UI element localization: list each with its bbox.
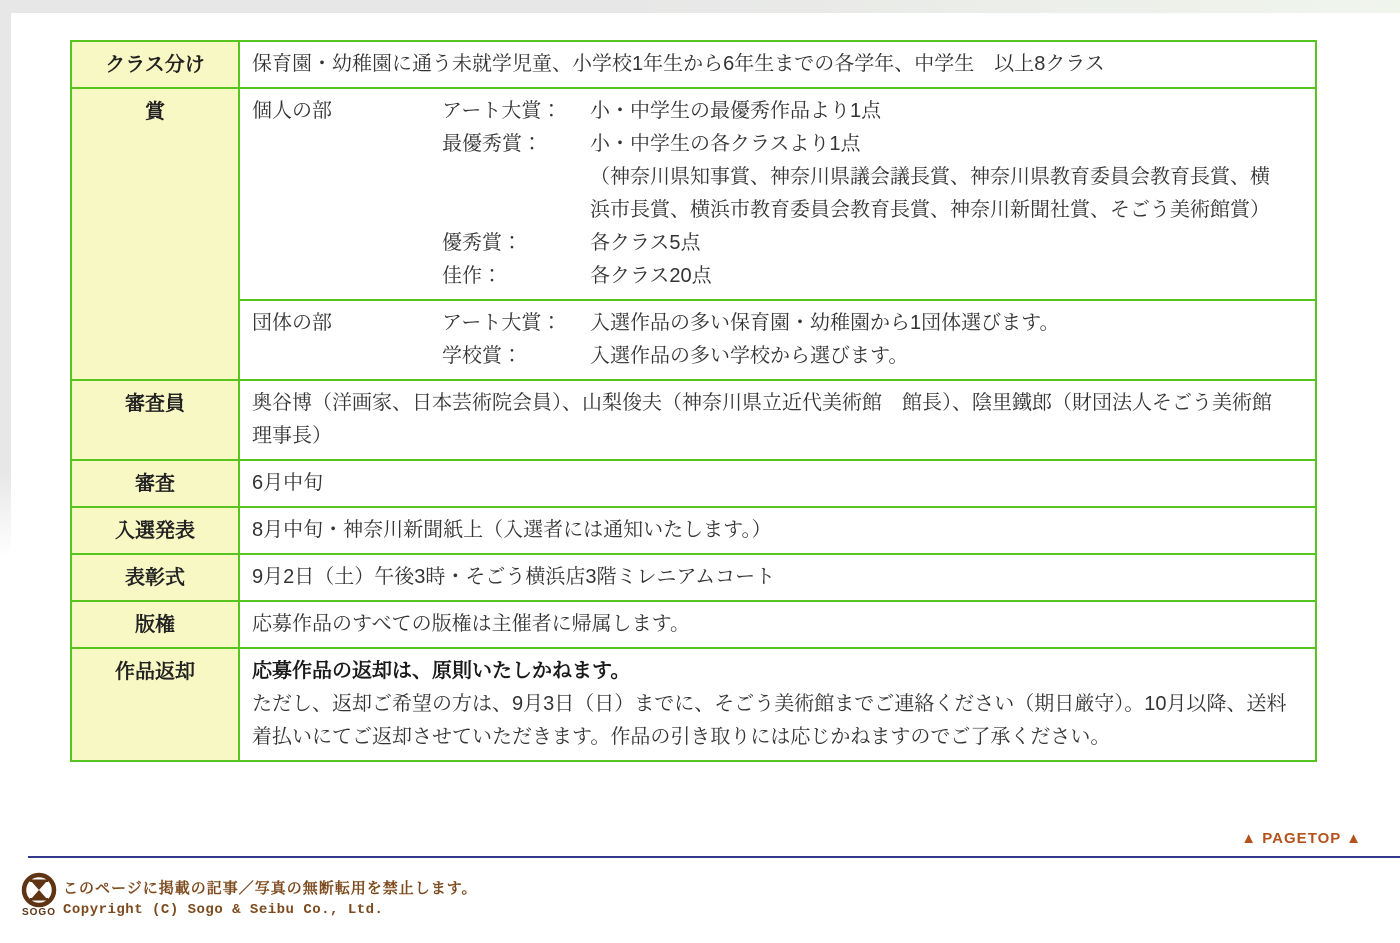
- return-policy-headline: 応募作品の返却は、原則いたしかねます。: [252, 655, 1305, 688]
- prize-desc: 小・中学生の最優秀作品より1点: [590, 95, 1305, 128]
- footer-notice: このページに掲載の記事／写真の無断転用を禁止します。: [63, 877, 478, 898]
- sogo-logo-word: SOGO: [17, 907, 61, 918]
- prize-name: 学校賞：: [442, 340, 590, 373]
- prize-name: アート大賞：: [442, 95, 590, 128]
- row-label-class-division: クラス分け: [71, 41, 239, 88]
- cell-text: 9月2日（土）午後3時・そごう横浜店3階ミレニアムコート: [252, 561, 1305, 594]
- cell-text: 6月中旬: [252, 467, 1305, 500]
- return-policy-detail: ただし、返却ご希望の方は、9月3日（日）までに、そごう美術館までご連絡ください（…: [252, 688, 1305, 754]
- prize-group-name: 団体の部: [252, 307, 442, 373]
- cell-text: 保育園・幼稚園に通う未就学児童、小学校1年生から6年生までの各学年、中学生 以上…: [252, 48, 1305, 81]
- prize-desc: 各クラス5点: [590, 227, 1305, 260]
- row-value-prizes-group: 団体の部 アート大賞： 入選作品の多い保育園・幼稚園から1団体選びます。 学校賞…: [239, 300, 1316, 380]
- row-label-announcement: 入選発表: [71, 507, 239, 554]
- table-row-screening: 審査 6月中旬: [71, 460, 1316, 507]
- prize-name: 最優秀賞：: [442, 128, 590, 227]
- prize-desc: 各クラス20点: [590, 260, 1305, 293]
- footer-copyright: Copyright (C) Sogo & Seibu Co., Ltd.: [63, 902, 383, 918]
- prize-group-name: 個人の部: [252, 95, 442, 293]
- prize-item: 佳作： 各クラス20点: [442, 260, 1305, 293]
- prize-desc: 入選作品の多い学校から選びます。: [590, 340, 1305, 373]
- prize-desc-detail: （神奈川県知事賞、神奈川県議会議長賞、神奈川県教育委員会教育長賞、横浜市長賞、横…: [590, 161, 1270, 227]
- row-label-return: 作品返却: [71, 648, 239, 761]
- cell-text: 奥谷博（洋画家、日本芸術院会員）、山梨俊夫（神奈川県立近代美術館 館長）、陰里鐵…: [252, 387, 1305, 453]
- page-edge-top: [0, 0, 1400, 13]
- row-value-screening: 6月中旬: [239, 460, 1316, 507]
- row-value-class-division: 保育園・幼稚園に通う未就学児童、小学校1年生から6年生までの各学年、中学生 以上…: [239, 41, 1316, 88]
- cell-text: 8月中旬・神奈川新聞紙上（入選者には通知いたします。）: [252, 514, 1305, 547]
- table-row-copyright: 版権 応募作品のすべての版権は主催者に帰属します。: [71, 601, 1316, 648]
- prize-desc: 小・中学生の各クラスより1点: [590, 128, 1305, 161]
- prize-item: 学校賞： 入選作品の多い学校から選びます。: [442, 340, 1305, 373]
- row-value-announcement: 8月中旬・神奈川新聞紙上（入選者には通知いたします。）: [239, 507, 1316, 554]
- row-label-copyright: 版権: [71, 601, 239, 648]
- pagetop-link[interactable]: ▲ PAGETOP ▲: [1241, 830, 1362, 847]
- row-value-prizes-individual: 個人の部 アート大賞： 小・中学生の最優秀作品より1点 最優秀賞： 小・中学生の…: [239, 88, 1316, 300]
- row-label-judges: 審査員: [71, 380, 239, 460]
- prize-item: 最優秀賞： 小・中学生の各クラスより1点 （神奈川県知事賞、神奈川県議会議長賞、…: [442, 128, 1305, 227]
- prize-name: 優秀賞：: [442, 227, 590, 260]
- prize-individual-section: 個人の部 アート大賞： 小・中学生の最優秀作品より1点 最優秀賞： 小・中学生の…: [252, 95, 1305, 293]
- table-row-class-division: クラス分け 保育園・幼稚園に通う未就学児童、小学校1年生から6年生までの各学年、…: [71, 41, 1316, 88]
- cell-text: 応募作品のすべての版権は主催者に帰属します。: [252, 608, 1305, 641]
- table-row-judges: 審査員 奥谷博（洋画家、日本芸術院会員）、山梨俊夫（神奈川県立近代美術館 館長）…: [71, 380, 1316, 460]
- table-row-prizes-individual: 賞 個人の部 アート大賞： 小・中学生の最優秀作品より1点 最優秀賞： 小・中学…: [71, 88, 1316, 300]
- sogo-logo: SOGO: [17, 872, 61, 918]
- prize-name: アート大賞：: [442, 307, 590, 340]
- prize-item: アート大賞： 小・中学生の最優秀作品より1点: [442, 95, 1305, 128]
- prize-desc: 入選作品の多い保育園・幼稚園から1団体選びます。: [590, 307, 1305, 340]
- table-row-announcement: 入選発表 8月中旬・神奈川新聞紙上（入選者には通知いたします。）: [71, 507, 1316, 554]
- table-row-prizes-group: 団体の部 アート大賞： 入選作品の多い保育園・幼稚園から1団体選びます。 学校賞…: [71, 300, 1316, 380]
- table-row-return: 作品返却 応募作品の返却は、原則いたしかねます。 ただし、返却ご希望の方は、9月…: [71, 648, 1316, 761]
- prize-name: 佳作：: [442, 260, 590, 293]
- row-value-ceremony: 9月2日（土）午後3時・そごう横浜店3階ミレニアムコート: [239, 554, 1316, 601]
- table-row-ceremony: 表彰式 9月2日（土）午後3時・そごう横浜店3階ミレニアムコート: [71, 554, 1316, 601]
- contest-info-table: クラス分け 保育園・幼稚園に通う未就学児童、小学校1年生から6年生までの各学年、…: [70, 40, 1317, 762]
- page-edge-left: [0, 0, 11, 556]
- row-label-ceremony: 表彰式: [71, 554, 239, 601]
- row-value-judges: 奥谷博（洋画家、日本芸術院会員）、山梨俊夫（神奈川県立近代美術館 館長）、陰里鐵…: [239, 380, 1316, 460]
- prize-item: 優秀賞： 各クラス5点: [442, 227, 1305, 260]
- sogo-hourglass-icon: [17, 872, 61, 910]
- row-value-return: 応募作品の返却は、原則いたしかねます。 ただし、返却ご希望の方は、9月3日（日）…: [239, 648, 1316, 761]
- prize-item: アート大賞： 入選作品の多い保育園・幼稚園から1団体選びます。: [442, 307, 1305, 340]
- row-label-prizes: 賞: [71, 88, 239, 380]
- footer-divider: [28, 856, 1400, 858]
- prize-group-section: 団体の部 アート大賞： 入選作品の多い保育園・幼稚園から1団体選びます。 学校賞…: [252, 307, 1305, 373]
- row-value-copyright: 応募作品のすべての版権は主催者に帰属します。: [239, 601, 1316, 648]
- row-label-screening: 審査: [71, 460, 239, 507]
